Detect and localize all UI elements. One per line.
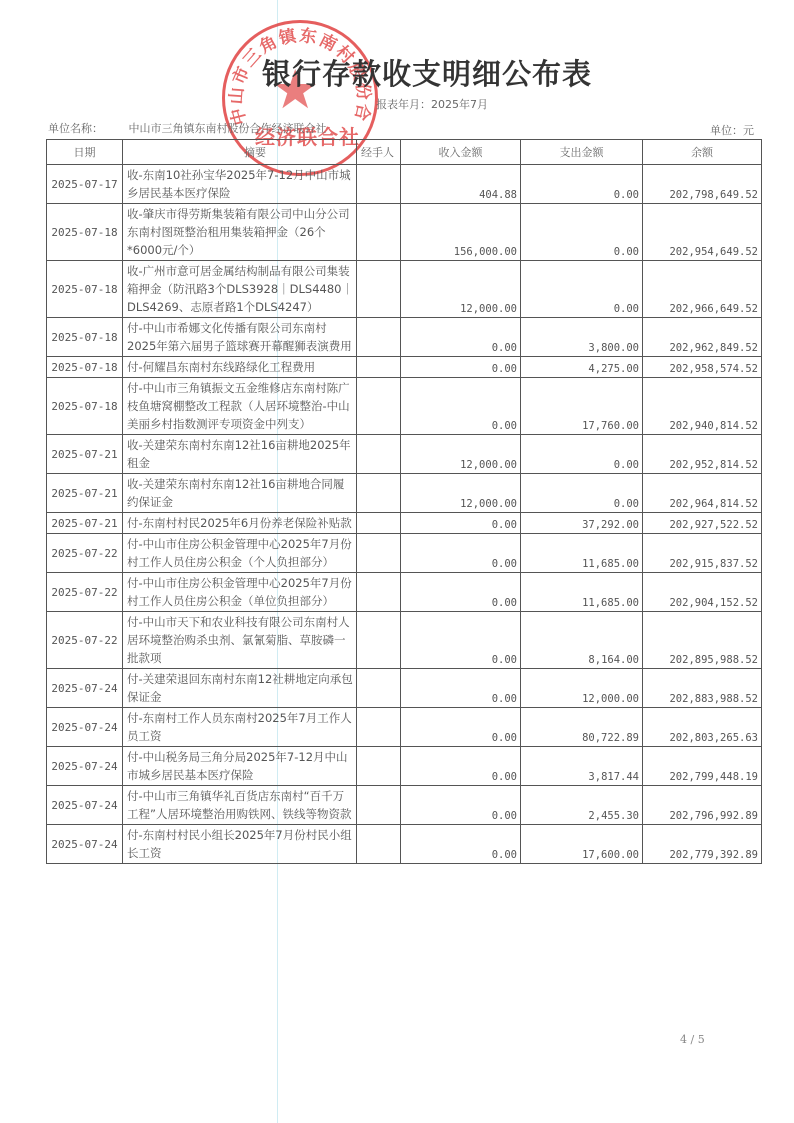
cell-summary: 收-东南10社孙宝华2025年7-12月中山市城乡居民基本医疗保险 (123, 165, 357, 204)
cell-income: 0.00 (401, 612, 521, 669)
table-row: 2025-07-22付-中山市住房公积金管理中心2025年7月份村工作人员住房公… (47, 573, 762, 612)
cell-date: 2025-07-24 (47, 825, 123, 864)
table-row: 2025-07-18付-中山市希娜文化传播有限公司东南村2025年第六届男子篮球… (47, 318, 762, 357)
table-row: 2025-07-24付-中山税务局三角分局2025年7-12月中山市城乡居民基本… (47, 747, 762, 786)
cell-date: 2025-07-24 (47, 747, 123, 786)
cell-balance: 202,799,448.19 (643, 747, 762, 786)
cell-expense: 0.00 (521, 165, 643, 204)
cell-income: 0.00 (401, 669, 521, 708)
cell-income: 0.00 (401, 573, 521, 612)
cell-expense: 3,800.00 (521, 318, 643, 357)
cell-balance: 202,964,814.52 (643, 474, 762, 513)
cell-expense: 0.00 (521, 204, 643, 261)
cell-summary: 付-关建荣退回东南村东南12社耕地定向承包保证金 (123, 669, 357, 708)
table-row: 2025-07-18付-何耀昌东南村东线路绿化工程费用0.004,275.002… (47, 357, 762, 378)
table-row: 2025-07-18收-肇庆市得劳斯集装箱有限公司中山分公司东南村图斑整治租用集… (47, 204, 762, 261)
cell-handler (357, 318, 401, 357)
header-income: 收入金额 (401, 140, 521, 165)
report-period: 报表年月：2025年7月 (376, 96, 488, 112)
table-row: 2025-07-21收-关建荣东南村东南12社16亩耕地合同履约保证金12,00… (47, 474, 762, 513)
cell-handler (357, 513, 401, 534)
cell-balance: 202,904,152.52 (643, 573, 762, 612)
header-expense: 支出金额 (521, 140, 643, 165)
unit-name-value: 中山市三角镇东南村股份合作经济联合社 (129, 122, 327, 135)
page-number: 4 / 5 (680, 1033, 705, 1046)
cell-income: 0.00 (401, 513, 521, 534)
cell-income: 0.00 (401, 708, 521, 747)
table-body: 2025-07-17收-东南10社孙宝华2025年7-12月中山市城乡居民基本医… (47, 165, 762, 864)
currency-unit: 单位：元 (710, 122, 754, 138)
cell-balance: 202,803,265.63 (643, 708, 762, 747)
cell-date: 2025-07-17 (47, 165, 123, 204)
cell-handler (357, 435, 401, 474)
cell-summary: 收-关建荣东南村东南12社16亩耕地合同履约保证金 (123, 474, 357, 513)
transactions-table: 日期 摘要 经手人 收入金额 支出金额 余额 2025-07-17收-东南10社… (46, 139, 762, 864)
cell-summary: 付-东南村村民小组长2025年7月份村民小组长工资 (123, 825, 357, 864)
cell-date: 2025-07-24 (47, 786, 123, 825)
cell-income: 0.00 (401, 747, 521, 786)
cell-expense: 0.00 (521, 474, 643, 513)
cell-income: 0.00 (401, 318, 521, 357)
cell-expense: 17,760.00 (521, 378, 643, 435)
cell-balance: 202,940,814.52 (643, 378, 762, 435)
cell-expense: 3,817.44 (521, 747, 643, 786)
cell-summary: 收-广州市意可居金属结构制品有限公司集装箱押金（防汛路3个DLS3928｜DLS… (123, 261, 357, 318)
cell-balance: 202,895,988.52 (643, 612, 762, 669)
cell-balance: 202,954,649.52 (643, 204, 762, 261)
cell-balance: 202,927,522.52 (643, 513, 762, 534)
cell-balance: 202,962,849.52 (643, 318, 762, 357)
cell-income: 0.00 (401, 825, 521, 864)
header-summary: 摘要 (123, 140, 357, 165)
cell-handler (357, 204, 401, 261)
cell-expense: 37,292.00 (521, 513, 643, 534)
table-row: 2025-07-18付-中山市三角镇振文五金维修店东南村陈广枝鱼塘窝棚整改工程款… (47, 378, 762, 435)
cell-income: 0.00 (401, 534, 521, 573)
cell-handler (357, 825, 401, 864)
cell-summary: 付-中山市希娜文化传播有限公司东南村2025年第六届男子篮球赛开幕醒狮表演费用 (123, 318, 357, 357)
table-row: 2025-07-24付-东南村村民小组长2025年7月份村民小组长工资0.001… (47, 825, 762, 864)
cell-handler (357, 786, 401, 825)
cell-expense: 11,685.00 (521, 534, 643, 573)
table-header-row: 日期 摘要 经手人 收入金额 支出金额 余额 (47, 140, 762, 165)
cell-handler (357, 612, 401, 669)
cell-summary: 收-关建荣东南村东南12社16亩耕地2025年租金 (123, 435, 357, 474)
header-handler: 经手人 (357, 140, 401, 165)
cell-summary: 付-东南村村民2025年6月份养老保险补贴款 (123, 513, 357, 534)
cell-handler (357, 708, 401, 747)
cell-handler (357, 378, 401, 435)
cell-date: 2025-07-18 (47, 261, 123, 318)
table-row: 2025-07-22付-中山市天下和农业科技有限公司东南村人居环境整治购杀虫剂、… (47, 612, 762, 669)
cell-summary: 付-中山市天下和农业科技有限公司东南村人居环境整治购杀虫剂、氯氰菊脂、草胺磷一批… (123, 612, 357, 669)
cell-handler (357, 474, 401, 513)
cell-balance: 202,966,649.52 (643, 261, 762, 318)
cell-expense: 4,275.00 (521, 357, 643, 378)
header-date: 日期 (47, 140, 123, 165)
table-row: 2025-07-21付-东南村村民2025年6月份养老保险补贴款0.0037,2… (47, 513, 762, 534)
cell-income: 12,000.00 (401, 474, 521, 513)
cell-summary: 付-中山市住房公积金管理中心2025年7月份村工作人员住房公积金（单位负担部分） (123, 573, 357, 612)
cell-summary: 付-中山市住房公积金管理中心2025年7月份村工作人员住房公积金（个人负担部分） (123, 534, 357, 573)
cell-date: 2025-07-21 (47, 435, 123, 474)
table-row: 2025-07-18收-广州市意可居金属结构制品有限公司集装箱押金（防汛路3个D… (47, 261, 762, 318)
cell-expense: 17,600.00 (521, 825, 643, 864)
unit-name-label: 单位名称： (48, 122, 103, 135)
cell-income: 404.88 (401, 165, 521, 204)
cell-expense: 80,722.89 (521, 708, 643, 747)
cell-summary: 付-中山市三角镇华礼百货店东南村“百千万工程”人居环境整治用购铁网、铁线等物资款 (123, 786, 357, 825)
cell-expense: 11,685.00 (521, 573, 643, 612)
cell-balance: 202,779,392.89 (643, 825, 762, 864)
cell-date: 2025-07-24 (47, 708, 123, 747)
cell-date: 2025-07-18 (47, 318, 123, 357)
cell-income: 156,000.00 (401, 204, 521, 261)
page-title: 银行存款收支明细公布表 (262, 52, 592, 93)
cell-expense: 0.00 (521, 435, 643, 474)
table-row: 2025-07-24付-东南村工作人员东南村2025年7月工作人员工资0.008… (47, 708, 762, 747)
cell-date: 2025-07-18 (47, 378, 123, 435)
cell-balance: 202,798,649.52 (643, 165, 762, 204)
cell-summary: 收-肇庆市得劳斯集装箱有限公司中山分公司东南村图斑整治租用集装箱押金（26个*6… (123, 204, 357, 261)
cell-summary: 付-何耀昌东南村东线路绿化工程费用 (123, 357, 357, 378)
cell-date: 2025-07-22 (47, 573, 123, 612)
cell-expense: 2,455.30 (521, 786, 643, 825)
cell-date: 2025-07-18 (47, 204, 123, 261)
unit-name-line: 单位名称： 中山市三角镇东南村股份合作经济联合社 (48, 120, 327, 136)
table-row: 2025-07-17收-东南10社孙宝华2025年7-12月中山市城乡居民基本医… (47, 165, 762, 204)
cell-handler (357, 747, 401, 786)
cell-handler (357, 165, 401, 204)
cell-expense: 12,000.00 (521, 669, 643, 708)
cell-date: 2025-07-21 (47, 513, 123, 534)
cell-balance: 202,952,814.52 (643, 435, 762, 474)
cell-balance: 202,883,988.52 (643, 669, 762, 708)
cell-date: 2025-07-22 (47, 612, 123, 669)
cell-balance: 202,915,837.52 (643, 534, 762, 573)
cell-date: 2025-07-22 (47, 534, 123, 573)
cell-summary: 付-东南村工作人员东南村2025年7月工作人员工资 (123, 708, 357, 747)
table-row: 2025-07-24付-中山市三角镇华礼百货店东南村“百千万工程”人居环境整治用… (47, 786, 762, 825)
cell-handler (357, 669, 401, 708)
cell-balance: 202,796,992.89 (643, 786, 762, 825)
table-row: 2025-07-21收-关建荣东南村东南12社16亩耕地2025年租金12,00… (47, 435, 762, 474)
cell-handler (357, 357, 401, 378)
cell-handler (357, 573, 401, 612)
cell-balance: 202,958,574.52 (643, 357, 762, 378)
table-row: 2025-07-22付-中山市住房公积金管理中心2025年7月份村工作人员住房公… (47, 534, 762, 573)
header-balance: 余额 (643, 140, 762, 165)
table-row: 2025-07-24付-关建荣退回东南村东南12社耕地定向承包保证金0.0012… (47, 669, 762, 708)
cell-summary: 付-中山市三角镇振文五金维修店东南村陈广枝鱼塘窝棚整改工程款（人居环境整治-中山… (123, 378, 357, 435)
cell-income: 0.00 (401, 786, 521, 825)
cell-date: 2025-07-18 (47, 357, 123, 378)
cell-income: 0.00 (401, 378, 521, 435)
cell-date: 2025-07-24 (47, 669, 123, 708)
cell-expense: 8,164.00 (521, 612, 643, 669)
cell-handler (357, 261, 401, 318)
cell-expense: 0.00 (521, 261, 643, 318)
cell-handler (357, 534, 401, 573)
cell-date: 2025-07-21 (47, 474, 123, 513)
cell-summary: 付-中山税务局三角分局2025年7-12月中山市城乡居民基本医疗保险 (123, 747, 357, 786)
cell-income: 0.00 (401, 357, 521, 378)
cell-income: 12,000.00 (401, 435, 521, 474)
cell-income: 12,000.00 (401, 261, 521, 318)
